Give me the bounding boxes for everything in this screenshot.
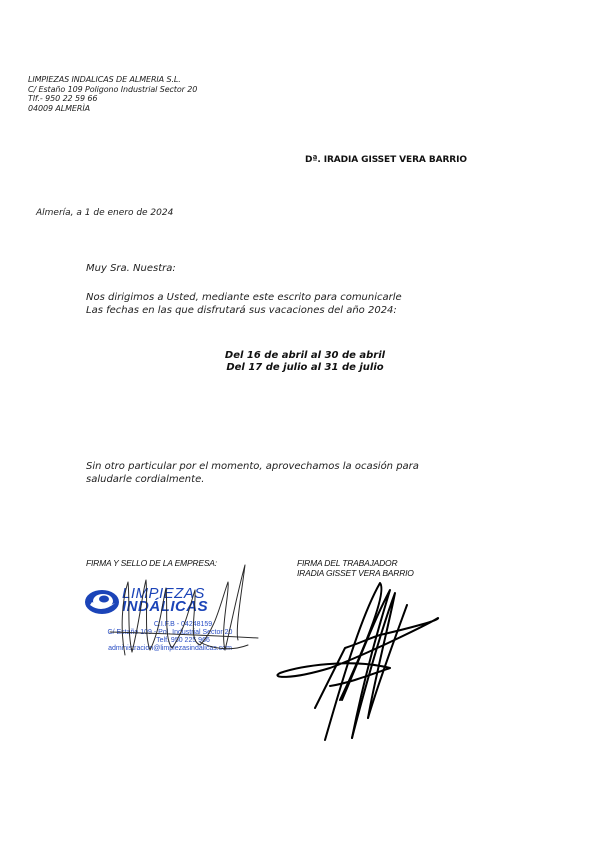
company-signature-scribble [70,560,270,665]
worker-signature-title: FIRMA DEL TRABAJADOR [297,558,414,568]
worker-signature-label: FIRMA DEL TRABAJADOR IRADIA GISSET VERA … [297,558,414,578]
intro-line: Nos dirigimos a Usted, mediante este esc… [86,292,402,305]
vacation-period: Del 16 de abril al 30 de abril [0,350,595,362]
closing-line: Sin otro particular por el momento, apro… [86,461,419,474]
vacation-periods: Del 16 de abril al 30 de abril Del 17 de… [0,350,595,374]
recipient-name: Dª. IRADIA GISSET VERA BARRIO [305,155,467,165]
closing-line: saludarle cordialmente. [86,474,419,487]
closing-paragraph: Sin otro particular por el momento, apro… [86,461,419,486]
sender-block: LIMPIEZAS INDALICAS DE ALMERIA S.L. C/ E… [28,75,197,113]
intro-paragraph: Nos dirigimos a Usted, mediante este esc… [86,292,402,317]
sender-company: LIMPIEZAS INDALICAS DE ALMERIA S.L. [28,75,197,85]
sender-postal-city: 04009 ALMERÌA [28,104,197,114]
salutation: Muy Sra. Nuestra: [86,263,176,276]
worker-signature-name: IRADIA GISSET VERA BARRIO [297,568,414,578]
sender-phone: Tlf.- 950 22 59 66 [28,94,197,104]
worker-signature-scribble [270,578,450,743]
letter-page: LIMPIEZAS INDALICAS DE ALMERIA S.L. C/ E… [0,0,595,841]
intro-line: Las fechas en las que disfrutará sus vac… [86,305,402,318]
sender-address: C/ Estaño 109 Poligono Industrial Sector… [28,85,197,95]
vacation-period: Del 17 de julio al 31 de julio [0,362,595,374]
date-line: Almería, a 1 de enero de 2024 [36,208,173,218]
